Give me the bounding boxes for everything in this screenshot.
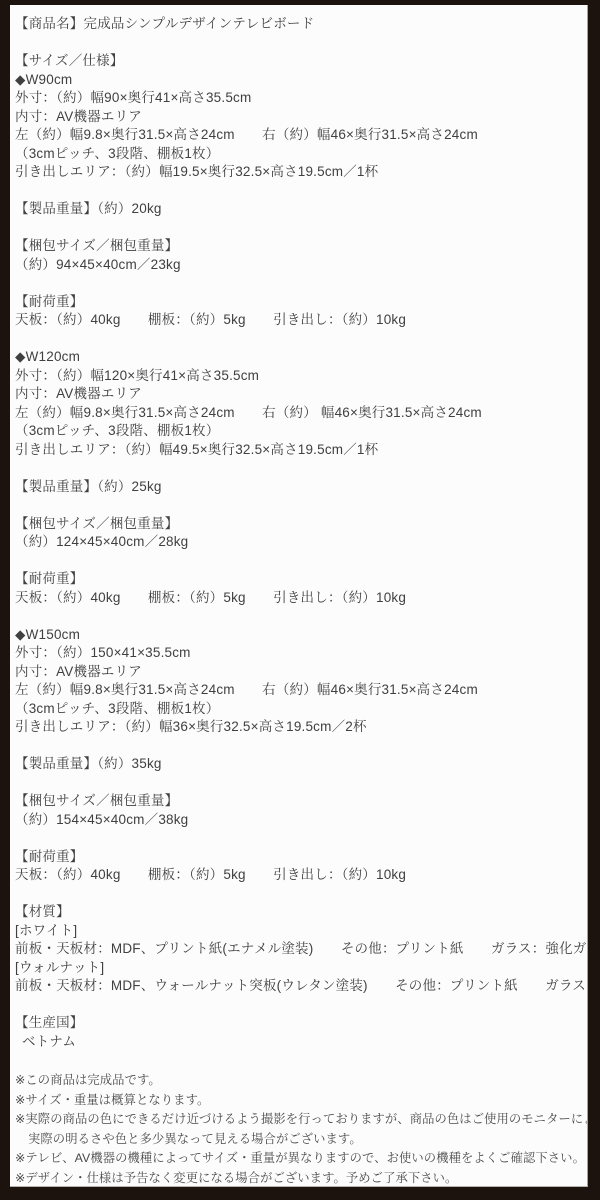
note-line: ※この商品は完成品です。 [15, 1071, 581, 1091]
material-white-label: [ホワイト] [15, 922, 581, 941]
product-name: 【商品名】完成品シンプルデザインテレビボード [15, 15, 581, 34]
drawer-dimensions: 引き出しエリア：（約）幅49.5×奥行32.5×高さ19.5cm／1杯 [15, 441, 581, 460]
variant-title-w90: ◆W90cm [15, 71, 581, 90]
inner-dimensions-label: 内寸：AV機器エリア [15, 385, 581, 404]
variant-title-w150: ◆W150cm [15, 626, 581, 645]
spec-section-title: 【サイズ／仕様】 [15, 52, 581, 71]
package-size-weight: （約）154×45×40cm／38kg [15, 811, 581, 830]
material-section-title: 【材質】 [15, 903, 581, 922]
shelf-pitch-note: （3cmピッチ、3段階、棚板1枚） [15, 422, 581, 441]
note-line-continuation: 実際の明るさや色と多少異なって見える場合がございます。 [15, 1130, 581, 1150]
notes-section: ※この商品は完成品です。 ※サイズ・重量は概算となります。 ※実際の商品の色にで… [15, 1071, 581, 1187]
product-weight: 【製品重量】（約）35kg [15, 755, 581, 774]
package-section-title: 【梱包サイズ／梱包重量】 [15, 515, 581, 534]
note-line: ※テレビ、AV機器の機種によってサイズ・重量が異なりますので、お使いの機種をよく… [15, 1149, 581, 1169]
note-line: ※サイズ・重量は概算となります。 [15, 1091, 581, 1111]
material-walnut-detail: 前板・天板材：MDF、ウォールナット突板(ウレタン塗装) その他：プリント紙 ガ… [15, 977, 581, 996]
shelf-pitch-note: （3cmピッチ、3段階、棚板1枚） [15, 145, 581, 164]
load-capacity-values: 天板：（約）40kg 棚板：（約）5kg 引き出し：（約）10kg [15, 866, 581, 885]
variant-title-w120: ◆W120cm [15, 348, 581, 367]
inner-dimensions-label: 内寸：AV機器エリア [15, 663, 581, 682]
load-capacity-title: 【耐荷重】 [15, 848, 581, 867]
outer-dimensions: 外寸：（約）150×41×35.5cm [15, 644, 581, 663]
package-section-title: 【梱包サイズ／梱包重量】 [15, 792, 581, 811]
load-capacity-values: 天板：（約）40kg 棚板：（約）5kg 引き出し：（約）10kg [15, 589, 581, 608]
av-area-dimensions: 左（約）幅9.8×奥行31.5×高さ24cm 右（約）幅46×奥行31.5×高さ… [15, 126, 581, 145]
origin-value: ベトナム [15, 1033, 581, 1052]
av-area-dimensions: 左（約）幅9.8×奥行31.5×高さ24cm 右（約）幅46×奥行31.5×高さ… [15, 681, 581, 700]
material-walnut-label: [ウォルナット] [15, 959, 581, 978]
load-capacity-title: 【耐荷重】 [15, 293, 581, 312]
product-weight: 【製品重量】（約）20kg [15, 200, 581, 219]
drawer-dimensions: 引き出しエリア：（約）幅19.5×奥行32.5×高さ19.5cm／1杯 [15, 163, 581, 182]
product-weight: 【製品重量】（約）25kg [15, 478, 581, 497]
package-section-title: 【梱包サイズ／梱包重量】 [15, 237, 581, 256]
inner-dimensions-label: 内寸：AV機器エリア [15, 108, 581, 127]
note-line: ※実際の商品の色にできるだけ近づけるよう撮影を行っておりますが、商品の色はご使用… [15, 1110, 581, 1130]
material-white-detail: 前板・天板材：MDF、プリント紙(エナメル塗装) その他：プリント紙 ガラス：強… [15, 940, 581, 959]
note-line: ※デザイン・仕様は予告なく変更になる場合がございます。予めご了承下さい。 [15, 1169, 581, 1188]
package-size-weight: （約）94×45×40cm／23kg [15, 256, 581, 275]
shelf-pitch-note: （3cmピッチ、3段階、棚板1枚） [15, 700, 581, 719]
package-size-weight: （約）124×45×40cm／28kg [15, 533, 581, 552]
load-capacity-values: 天板：（約）40kg 棚板：（約）5kg 引き出し：（約）10kg [15, 311, 581, 330]
outer-dimensions: 外寸：（約）幅90×奥行41×高さ35.5cm [15, 89, 581, 108]
spec-image-background: { "colors": { "frame": "#1c130e", "paper… [0, 0, 600, 1200]
drawer-dimensions: 引き出しエリア：（約）幅36×奥行32.5×高さ19.5cm／2杯 [15, 718, 581, 737]
load-capacity-title: 【耐荷重】 [15, 570, 581, 589]
origin-section-title: 【生産国】 [15, 1014, 581, 1033]
outer-dimensions: 外寸：（約）幅120×奥行41×高さ35.5cm [15, 367, 581, 386]
product-spec-sheet: 【商品名】完成品シンプルデザインテレビボード 【サイズ／仕様】 ◆W90cm 外… [10, 5, 588, 1187]
av-area-dimensions: 左（約）幅9.8×奥行31.5×高さ24cm 右（約） 幅46×奥行31.5×高… [15, 404, 581, 423]
